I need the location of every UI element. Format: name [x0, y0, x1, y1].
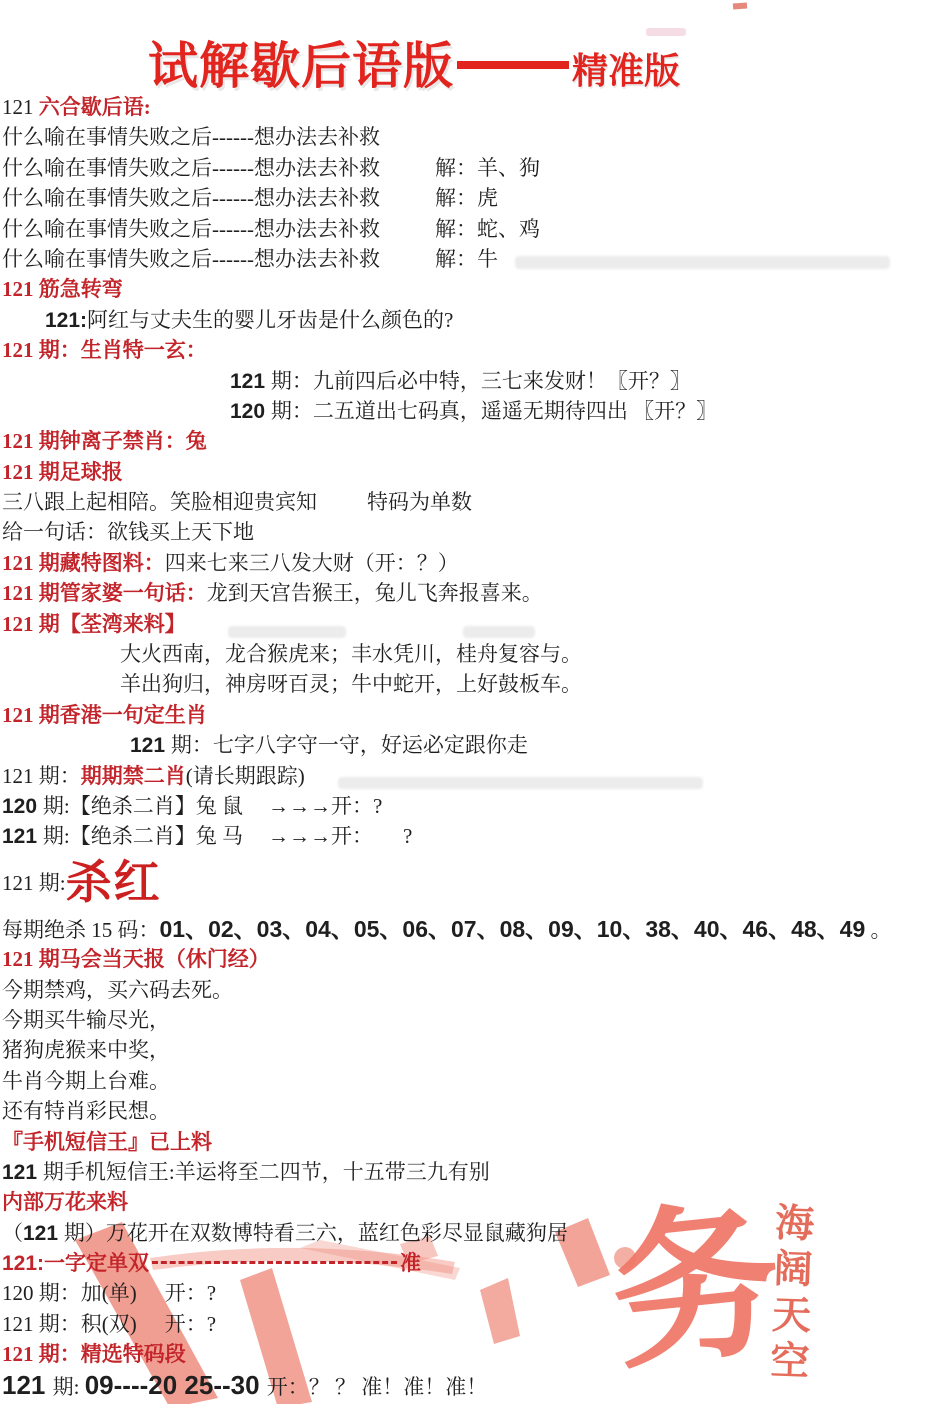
document-lines: 121 六合歇后语:什么喻在事情失败之后------想办法去补救什么喻在事情失败… — [0, 92, 950, 1400]
text-segment: 121 期足球报 — [2, 460, 123, 484]
text-line: 121 期: 杀红 — [0, 852, 950, 914]
lottery-tip-sheet: 务 海阔天空 试解歇后语版精准版 121 六合歇后语:什么喻在事情失败之后---… — [0, 0, 950, 1404]
text-segment: 三八跟上起相陪。笑脸相迎贵宾知 — [2, 490, 317, 514]
text-segment: 121 筋急转弯 — [2, 277, 123, 301]
text-line: 121 期：七字八字守一守，好运必定跟你走 — [0, 730, 950, 760]
spacer — [380, 204, 435, 205]
text-segment: 解：牛 — [435, 247, 498, 271]
text-segment: 121 期：生肖特一玄： — [2, 338, 207, 362]
text-segment: 还有特肖彩民想。 — [2, 1099, 170, 1123]
text-segment: 01、02、03、04、05、06、07、08、09、10、38、40、46、4… — [160, 916, 866, 942]
text-segment: 期期禁二肖 — [81, 764, 186, 788]
title-suffix: 精准版 — [572, 51, 680, 91]
title-dash-rule — [457, 61, 569, 69]
text-line: 121 期藏特图料：四来七来三八发大财（开：？） — [0, 548, 950, 578]
spacer — [373, 842, 403, 843]
text-segment: 121: — [45, 309, 87, 332]
text-segment: 121 期藏特图料： — [2, 551, 165, 575]
spacer — [243, 812, 268, 813]
dash-rule — [152, 1261, 397, 1264]
text-segment: 期）万花开在双数博特看三六，蓝红色彩尽显鼠藏狗居 — [64, 1221, 568, 1245]
text-line: 121 期手机短信王:羊运将至二四节，十五带三九有别 — [0, 1157, 950, 1187]
text-segment: 121 — [130, 734, 171, 757]
spacer — [380, 265, 435, 266]
text-line: 121 期：积(双)开：? — [0, 1309, 950, 1339]
text-segment: 杀红 — [66, 868, 162, 898]
document-content: 试解歇后语版精准版 121 六合歇后语:什么喻在事情失败之后------想办法去… — [0, 26, 950, 1400]
text-segment: 121 — [2, 1370, 53, 1400]
spacer — [137, 1330, 165, 1331]
text-line: 121 期：九前四后必中特，三七来发财！〖开？〗 — [0, 366, 950, 396]
text-segment: 一字定单双 — [44, 1251, 149, 1275]
text-line: 121 期：生肖特一玄： — [0, 335, 950, 365]
text-line: 121 期足球报 — [0, 457, 950, 487]
text-segment: 120 — [230, 400, 271, 423]
text-segment: 期: — [53, 1375, 85, 1399]
text-segment: 。 — [865, 918, 891, 942]
text-line: 121 期：期期禁二肖(请长期跟踪) — [0, 761, 950, 791]
spacer — [317, 508, 367, 509]
text-segment: 121 — [2, 825, 43, 848]
text-segment: 解：虎 — [435, 186, 498, 210]
text-segment: 特码为单数 — [367, 490, 472, 514]
text-line: 121 期【荃湾来料】 — [0, 609, 950, 639]
text-line: 什么喻在事情失败之后------想办法去补救解：虎 — [0, 183, 950, 213]
text-segment: ? — [403, 824, 412, 848]
text-segment: 120 期：加(单) — [2, 1281, 137, 1305]
spacer — [137, 1299, 165, 1300]
text-segment: 121 — [2, 95, 39, 119]
text-segment: 阿红与丈夫生的婴儿牙齿是什么颜色的? — [87, 308, 453, 332]
text-segment: 121 期： — [2, 764, 81, 788]
text-segment: 121 期管家婆一句话： — [2, 581, 207, 605]
text-line: 羊出狗归，神房呀百灵；牛中蛇开，上好鼓板车。 — [0, 669, 950, 699]
text-segment: 121 期香港一句定生肖 — [2, 703, 207, 727]
text-segment: 什么喻在事情失败之后------想办法去补救 — [2, 156, 380, 180]
text-segment: 120 — [2, 795, 43, 818]
text-segment: 什么喻在事情失败之后------想办法去补救 — [2, 125, 380, 149]
text-segment: 龙到天宫告猴王，兔儿飞奔报喜来。 — [207, 581, 543, 605]
text-segment: 121 期：精选特码段 — [2, 1342, 186, 1366]
text-segment: 09----20 25--30 — [85, 1370, 267, 1400]
spacer — [380, 174, 435, 175]
text-segment: 期手机短信王:羊运将至二四节，十五带三九有别 — [43, 1160, 490, 1184]
text-line: 121:一字定单双准 — [0, 1248, 950, 1278]
text-line: 121 期管家婆一句话：龙到天宫告猴王，兔儿飞奔报喜来。 — [0, 578, 950, 608]
text-line: 121 期: 09----20 25--30 开：？ ？ 准！准！准！ — [0, 1370, 950, 1400]
spacer — [243, 842, 268, 843]
text-line: 还有特肖彩民想。 — [0, 1096, 950, 1126]
text-segment: 解：蛇、鸡 — [435, 217, 540, 241]
text-segment: 解：羊、狗 — [435, 156, 540, 180]
text-line: 什么喻在事情失败之后------想办法去补救解：羊、狗 — [0, 153, 950, 183]
text-line: 什么喻在事情失败之后------想办法去补救解：牛 — [0, 244, 950, 274]
text-segment: 开：? — [165, 1281, 216, 1305]
text-segment: 六合歇后语: — [39, 95, 151, 119]
text-line: 今期买牛输尽光， — [0, 1005, 950, 1035]
red-speck — [733, 3, 747, 10]
text-segment: 每期绝杀 15 码： — [2, 918, 160, 942]
text-segment: 『手机短信王』已上料 — [2, 1130, 212, 1154]
text-segment: 期:【绝杀二肖】兔 鼠 — [43, 794, 243, 818]
text-line: 什么喻在事情失败之后------想办法去补救 — [0, 122, 950, 152]
text-line: 121 筋急转弯 — [0, 274, 950, 304]
text-segment: 121 期：积(双) — [2, 1312, 137, 1336]
text-line: 今期禁鸡，买六码去死。 — [0, 975, 950, 1005]
text-line: 三八跟上起相陪。笑脸相迎贵宾知特码为单数 — [0, 487, 950, 517]
text-line: 每期绝杀 15 码：01、02、03、04、05、06、07、08、09、10、… — [0, 914, 950, 944]
text-segment: 牛肖今期上台难。 — [2, 1069, 170, 1093]
text-line: 120 期:【绝杀二肖】兔 鼠→→→开：? — [0, 791, 950, 821]
text-segment: 羊出狗归，神房呀百灵；牛中蛇开，上好鼓板车。 — [120, 672, 582, 696]
text-line: 121 期马会当天报（休门经） — [0, 944, 950, 974]
text-line: 『手机短信王』已上料 — [0, 1127, 950, 1157]
text-line: 121 六合歇后语: — [0, 92, 950, 122]
text-line: 给一句话：欲钱买上天下地 — [0, 517, 950, 547]
text-line: 121 期香港一句定生肖 — [0, 700, 950, 730]
text-segment: 121 — [230, 370, 271, 393]
text-segment: 给一句话：欲钱买上天下地 — [2, 520, 254, 544]
text-segment: 121 — [23, 1222, 64, 1245]
text-line: 121 期:【绝杀二肖】兔 马→→→开：? — [0, 821, 950, 851]
text-segment: 什么喻在事情失败之后------想办法去补救 — [2, 217, 380, 241]
text-line: 大火西南，龙合猴虎来；丰水凭川，桂舟复容与。 — [0, 639, 950, 669]
text-line: 内部万花来料 — [0, 1187, 950, 1217]
text-segment: 内部万花来料 — [2, 1190, 128, 1214]
doc-title: 试解歇后语版精准版 — [148, 26, 950, 88]
text-segment: (请长期跟踪) — [186, 764, 305, 788]
text-line: 121 期：精选特码段 — [0, 1339, 950, 1369]
text-segment: 猪狗虎猴来中奖， — [2, 1038, 170, 1062]
title-main: 试解歇后语版 — [148, 38, 454, 94]
text-line: 120 期：加(单)开：? — [0, 1278, 950, 1308]
text-segment: 开：？ ？ 准！准！准！ — [267, 1375, 488, 1399]
text-segment: 121 — [2, 1161, 43, 1184]
text-segment: 什么喻在事情失败之后------想办法去补救 — [2, 186, 380, 210]
text-segment: 今期禁鸡，买六码去死。 — [2, 978, 233, 1002]
text-segment: 准 — [400, 1251, 421, 1275]
text-segment: 期：二五道出七码真，遥遥无期待四出 〖开？〗 — [271, 399, 717, 423]
text-segment: 121 期钟离子禁肖：兔 — [2, 429, 207, 453]
text-segment: 121 期: — [2, 868, 66, 898]
text-segment: 什么喻在事情失败之后------想办法去补救 — [2, 247, 380, 271]
text-line: 猪狗虎猴来中奖， — [0, 1035, 950, 1065]
text-segment: 121 期【荃湾来料】 — [2, 612, 186, 636]
text-segment: 四来七来三八发大财（开：？） — [165, 551, 459, 575]
text-segment: 121 期马会当天报（休门经） — [2, 947, 270, 971]
text-segment: 开：? — [165, 1312, 216, 1336]
text-line: 121 期钟离子禁肖：兔 — [0, 426, 950, 456]
text-line: 什么喻在事情失败之后------想办法去补救解：蛇、鸡 — [0, 214, 950, 244]
text-segment: 今期买牛输尽光， — [2, 1008, 170, 1032]
text-segment: （ — [2, 1221, 23, 1245]
text-segment: 期:【绝杀二肖】兔 马 — [43, 824, 243, 848]
text-line: 121:阿红与丈夫生的婴儿牙齿是什么颜色的? — [0, 305, 950, 335]
text-line: （121 期）万花开在双数博特看三六，蓝红色彩尽显鼠藏狗居 — [0, 1218, 950, 1248]
spacer — [380, 235, 435, 236]
text-segment: 期：九前四后必中特，三七来发财！〖开？〗 — [271, 369, 691, 393]
text-segment: →→→开：? — [268, 794, 382, 818]
text-line: 120 期：二五道出七码真，遥遥无期待四出 〖开？〗 — [0, 396, 950, 426]
text-segment: →→→开： — [268, 824, 373, 848]
text-line: 牛肖今期上台难。 — [0, 1066, 950, 1096]
text-segment: 121: — [2, 1252, 44, 1275]
text-segment: 大火西南，龙合猴虎来；丰水凭川，桂舟复容与。 — [120, 642, 582, 666]
text-segment: 期：七字八字守一守，好运必定跟你走 — [171, 733, 528, 757]
